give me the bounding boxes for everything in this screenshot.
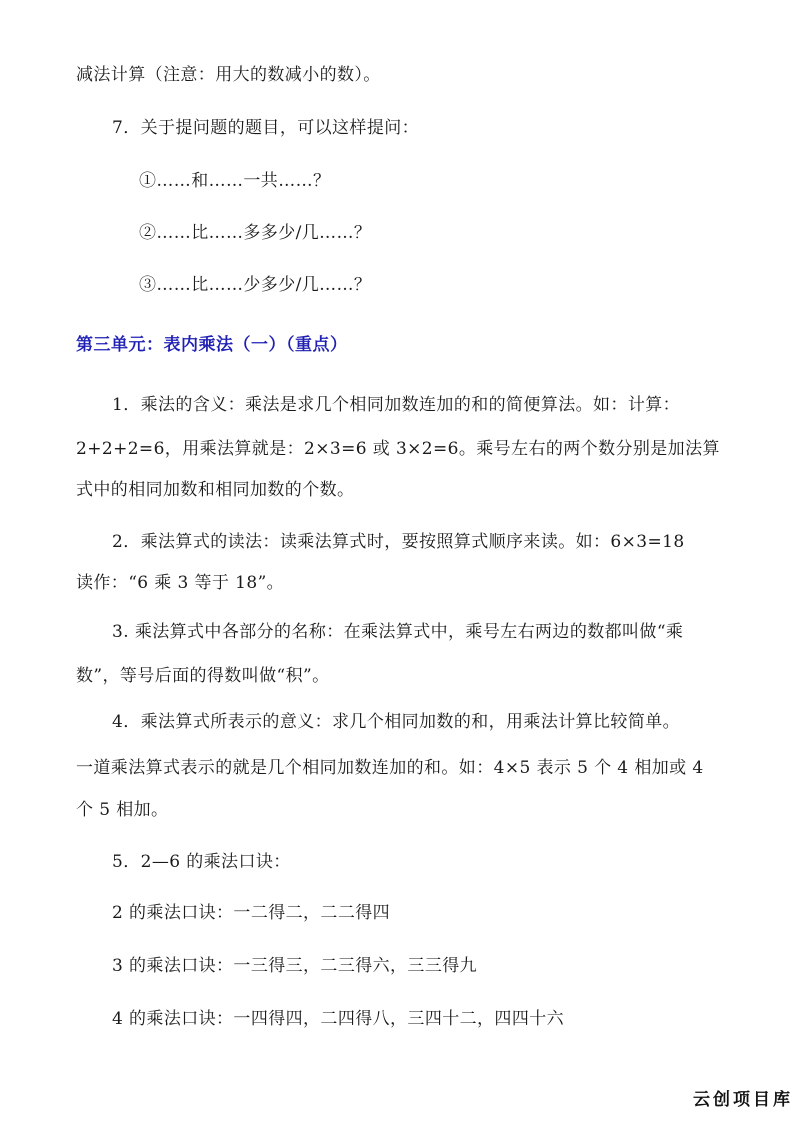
section-heading: 第三单元：表内乘法（一）（重点） (76, 333, 348, 357)
question-option-2: ②……比……多多少/几……？ (139, 222, 785, 244)
point-1-line-1: 1．乘法的含义：乘法是求几个相同加数连加的和的简便算法。如：计算： (112, 394, 758, 416)
point-3-line-2: 数”，等号后面的得数叫做“积”。 (76, 665, 722, 687)
question-option-1: ①……和……一共……？ (139, 170, 785, 192)
rhyme-4: 4 的乘法口诀：一四得四，二四得八，三四十二，四四十六 (112, 1008, 758, 1030)
point-4-line-1: 4．乘法算式所表示的意义：求几个相同加数的和，用乘法计算比较简单。 (112, 711, 758, 733)
rhyme-2: 2 的乘法口诀：一二得二，二二得四 (112, 902, 758, 924)
point-2-line-2: 读作：“6 乘 3 等于 18”。 (76, 572, 722, 594)
footer-watermark: 云创项目库 (693, 1085, 793, 1110)
point-4-line-2: 一道乘法算式表示的就是几个相同加数连加的和。如：4×5 表示 5 个 4 相加或… (76, 757, 722, 779)
point-2-line-1: 2．乘法算式的读法：读乘法算式时，要按照算式顺序来读。如：6×3=18 (112, 531, 758, 553)
question-option-3: ③……比……少多少/几……？ (139, 274, 785, 296)
point-3-line-1: 3. 乘法算式中各部分的名称：在乘法算式中，乘号左右两边的数都叫做“乘 (112, 621, 758, 643)
rhyme-3: 3 的乘法口诀：一三得三，二三得六，三三得九 (112, 955, 758, 977)
point-1-line-2: 2+2+2=6，用乘法算就是：2×3=6 或 3×2=6。乘号左右的两个数分别是… (76, 438, 722, 460)
item-7-text: 7．关于提问题的题目，可以这样提问： (112, 117, 758, 139)
point-5-line-1: 5．2—6 的乘法口诀： (112, 851, 758, 873)
continuation-text: 减法计算（注意：用大的数减小的数）。 (76, 64, 722, 86)
point-1-line-3: 式中的相同加数和相同加数的个数。 (76, 479, 722, 501)
point-4-line-3: 个 5 相加。 (76, 799, 722, 821)
